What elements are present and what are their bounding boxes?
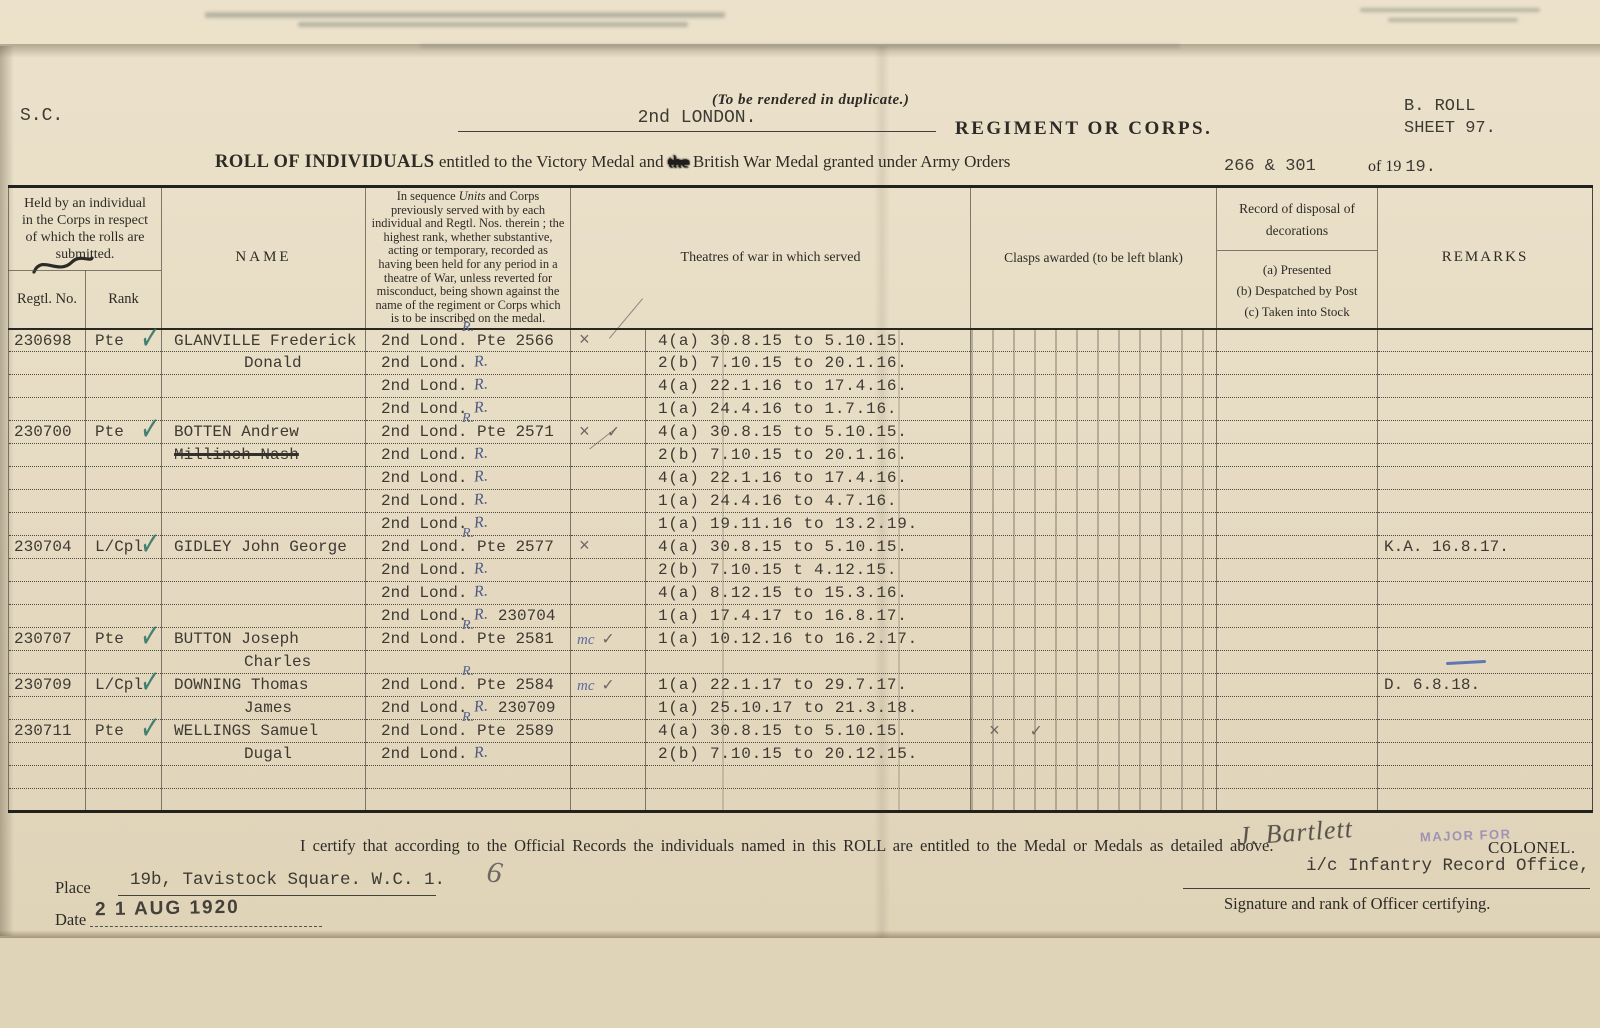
cell-clasps (971, 559, 1217, 582)
cell-regtl-no (9, 697, 86, 720)
cell-remarks (1378, 720, 1593, 743)
roll-row: 230698Pte✓GLANVILLE Frederick2nd Lond. P… (9, 329, 1593, 352)
cell-mark: mc✓ (571, 674, 646, 697)
disposal-title-1: Record of disposal of (1225, 198, 1369, 220)
cell-name: DOWNING Thomas (162, 674, 366, 697)
roll-row: Donald2nd Lond.R.2(b) 7.10.15 to 20.1.16… (9, 352, 1593, 375)
cell-clasps (971, 329, 1217, 352)
cell-theatre: 4(a) 30.8.15 to 5.10.15. (646, 329, 971, 352)
cell-remarks (1378, 743, 1593, 766)
roll-table-body: 230698Pte✓GLANVILLE Frederick2nd Lond. P… (9, 329, 1593, 812)
units-desc-pre: In sequence (397, 189, 459, 203)
cell-regtl-no (9, 467, 86, 490)
cell-theatre: 4(a) 8.12.15 to 15.3.16. (646, 582, 971, 605)
roll-row: 2nd Lond.R. 2307041(a) 17.4.17 to 16.8.1… (9, 605, 1593, 628)
units-value: 2nd Lond. (381, 354, 467, 372)
cell-rank: Pte✓ (86, 628, 162, 651)
disposal-divider (1217, 250, 1377, 251)
certification-statement: I certify that according to the Official… (300, 836, 1273, 856)
rank-value: Pte (95, 722, 124, 740)
pencil-cross: × (571, 331, 600, 351)
cell-disposal (1217, 766, 1378, 789)
regtl-no-value: 230700 (14, 423, 72, 441)
cell-rank: L/Cpl✓ (86, 536, 162, 559)
roll-row: 2nd Lond.R.4(a) 22.1.16 to 17.4.16. (9, 467, 1593, 490)
duplicate-note: (To be rendered in duplicate.) (712, 92, 909, 109)
units-value: 2nd Lond. (381, 469, 467, 487)
cell-name: Charles (162, 651, 366, 674)
cell-disposal (1217, 697, 1378, 720)
army-orders-number: 266 & 301 (1224, 157, 1316, 176)
name-value: DOWNING Thomas (174, 676, 308, 694)
cell-rank (86, 743, 162, 766)
cell-regtl-no (9, 743, 86, 766)
theatre-value: 4(a) 30.8.15 to 5.10.15. (658, 722, 908, 740)
cell-regtl-no: 230711 (9, 720, 86, 743)
cell-units: 2nd Lond.R. (366, 375, 571, 398)
theatre-value: 4(a) 30.8.15 to 5.10.15. (658, 332, 908, 350)
cell-theatre: 1(a) 19.11.16 to 13.2.19. (646, 513, 971, 536)
units-desc-post: and Corps previously served with by each… (372, 189, 565, 325)
cell-regtl-no (9, 582, 86, 605)
cell-regtl-no (9, 444, 86, 467)
units-value: 2nd Lond. (381, 400, 467, 418)
cell-clasps (971, 490, 1217, 513)
cell-units: 2nd Lond.R. (366, 467, 571, 490)
cell-remarks (1378, 421, 1593, 444)
handwritten-r: R. (474, 468, 489, 487)
cell-clasps (971, 674, 1217, 697)
remarks-value: K.A. 16.8.17. (1384, 538, 1509, 556)
units-desc-italic: Units (459, 189, 486, 203)
cell-units: 2nd Lond.R. (366, 444, 571, 467)
signature-caption: Signature and rank of Officer certifying… (1224, 894, 1490, 914)
disposal-title-2: decorations (1225, 220, 1369, 242)
cell-units: 2nd Lond. Pte 2577R. (366, 536, 571, 559)
theatre-value: 1(a) 22.1.17 to 29.7.17. (658, 676, 908, 694)
cell-mark (571, 559, 646, 582)
header-theatres: Theatres of war in which served (571, 187, 971, 329)
cell-theatre: 1(a) 24.4.16 to 1.7.16. (646, 398, 971, 421)
handwritten-r: R. (474, 399, 489, 418)
cell-regtl-no (9, 559, 86, 582)
roll-row: 2nd Lond.R.1(a) 19.11.16 to 13.2.19. (9, 513, 1593, 536)
roll-row: 2nd Lond.R.1(a) 24.4.16 to 4.7.16. (9, 490, 1593, 513)
cell-regtl-no (9, 375, 86, 398)
regiment-or-corps-label: REGIMENT OR CORPS. (955, 118, 1212, 140)
name-value: James (174, 699, 292, 717)
cell-theatre: 2(b) 7.10.15 to 20.1.16. (646, 444, 971, 467)
handwritten-r-above: R. (462, 618, 474, 634)
cell-remarks (1378, 490, 1593, 513)
header-units-description: In sequence Units and Corps previously s… (366, 187, 571, 329)
roll-title-bold: ROLL OF INDIVIDUALS (215, 152, 435, 172)
cell-disposal (1217, 582, 1378, 605)
cell-clasps (971, 421, 1217, 444)
cell-units: 2nd Lond.R. (366, 559, 571, 582)
cell-name: Millinch Nash (162, 444, 366, 467)
sc-label: S.C. (20, 106, 63, 126)
cell-name: Dugal (162, 743, 366, 766)
theatre-value: 4(a) 30.8.15 to 5.10.15. (658, 538, 908, 556)
cell-disposal (1217, 352, 1378, 375)
roll-title-end: British War Medal granted under Army Ord… (689, 152, 1011, 171)
cell-remarks (1378, 605, 1593, 628)
roll-row: Millinch Nash2nd Lond.R.2(b) 7.10.15 to … (9, 444, 1593, 467)
cell-regtl-no: 230709 (9, 674, 86, 697)
cell-remarks (1378, 582, 1593, 605)
units-value: 2nd Lond. (381, 584, 467, 602)
cell-disposal (1217, 490, 1378, 513)
roll-row: 230707Pte✓BUTTON Joseph2nd Lond. Pte 258… (9, 628, 1593, 651)
cell-disposal (1217, 789, 1378, 812)
of-year-typed: 19. (1405, 158, 1436, 177)
cell-regtl-no (9, 490, 86, 513)
cell-units (366, 789, 571, 812)
cell-remarks (1378, 628, 1593, 651)
cell-rank (86, 467, 162, 490)
disposal-item-c: (c) Taken into Stock (1225, 301, 1369, 322)
roll-row: Charles (9, 651, 1593, 674)
cell-name: James (162, 697, 366, 720)
cell-units: 2nd Lond.R. (366, 490, 571, 513)
cell-mark: ×✓ (571, 421, 646, 444)
cell-remarks: K.A. 16.8.17. (1378, 536, 1593, 559)
header-remarks: REMARKS (1378, 187, 1593, 329)
pencil-cross: × (571, 423, 600, 443)
units-value: 2nd Lond. (381, 699, 467, 717)
cell-remarks (1378, 766, 1593, 789)
roll-row: 230704L/Cpl✓GIDLEY John George2nd Lond. … (9, 536, 1593, 559)
handwritten-r: R. (474, 491, 489, 510)
handwritten-r: R. (474, 698, 489, 717)
date-label: Date (55, 910, 86, 930)
cell-disposal (1217, 720, 1378, 743)
cell-mark (571, 743, 646, 766)
cell-remarks (1378, 352, 1593, 375)
place-label: Place (55, 878, 91, 898)
scanned-medal-roll-page: { "colors":{"paper":"#e7dcc4","ink":"#2e… (0, 0, 1600, 1028)
cell-name (162, 766, 366, 789)
cell-rank (86, 490, 162, 513)
cell-units (366, 766, 571, 789)
cell-clasps (971, 582, 1217, 605)
cell-mark (571, 720, 646, 743)
cell-regtl-no (9, 398, 86, 421)
struck-word: the (668, 152, 689, 171)
cell-remarks (1378, 651, 1593, 674)
handwritten-r: R. (474, 445, 489, 464)
cell-rank: L/Cpl✓ (86, 674, 162, 697)
roll-title: ROLL OF INDIVIDUALS entitled to the Vict… (215, 152, 1010, 173)
header-regtl-no: Regtl. No. (9, 271, 86, 329)
cell-theatre: 2(b) 7.10.15 t 4.12.15. (646, 559, 971, 582)
handwritten-r-above: R. (462, 320, 474, 336)
cell-units: 2nd Lond. Pte 2589R. (366, 720, 571, 743)
theatre-value: 2(b) 7.10.15 t 4.12.15. (658, 561, 897, 579)
theatre-value: 2(b) 7.10.15 to 20.1.16. (658, 446, 908, 464)
handwritten-r-above: R. (462, 664, 474, 680)
units-value: 2nd Lond. (381, 607, 467, 625)
header-clasps: Clasps awarded (to be left blank) (971, 187, 1217, 329)
cell-disposal (1217, 536, 1378, 559)
roll-row: 230700Pte✓BOTTEN Andrew2nd Lond. Pte 257… (9, 421, 1593, 444)
name-value: Charles (174, 653, 311, 671)
name-value: BUTTON Joseph (174, 630, 299, 648)
cell-disposal (1217, 329, 1378, 352)
cell-remarks (1378, 444, 1593, 467)
cell-theatre: 1(a) 22.1.17 to 29.7.17. (646, 674, 971, 697)
cell-disposal (1217, 513, 1378, 536)
cell-regtl-no (9, 605, 86, 628)
cell-units: 2nd Lond. Pte 2584R. (366, 674, 571, 697)
cell-rank (86, 766, 162, 789)
cell-mark (571, 467, 646, 490)
cell-mark (571, 789, 646, 812)
cell-clasps (971, 536, 1217, 559)
cell-mark (571, 766, 646, 789)
cell-theatre (646, 789, 971, 812)
roll-row: 230711Pte✓WELLINGS Samuel2nd Lond. Pte 2… (9, 720, 1593, 743)
cell-regtl-no: 230698 (9, 329, 86, 352)
rank-value: L/Cpl (95, 676, 143, 694)
cell-units: 2nd Lond.R. (366, 743, 571, 766)
cell-rank: Pte✓ (86, 329, 162, 352)
regiment-value: 2nd LONDON. (458, 108, 936, 132)
units-value: 2nd Lond. (381, 492, 467, 510)
cell-regtl-no (9, 352, 86, 375)
cell-theatre: 1(a) 17.4.17 to 16.8.17. (646, 605, 971, 628)
of-year-printed: of 19 (1368, 158, 1401, 175)
cell-disposal (1217, 444, 1378, 467)
header-disposal: Record of disposal of decorations (a) Pr… (1217, 187, 1378, 329)
units-number: 230709 (488, 699, 555, 717)
regtl-no-value: 230698 (14, 332, 72, 350)
cell-disposal (1217, 375, 1378, 398)
units-value: 2nd Lond. (381, 377, 467, 395)
cell-units: 2nd Lond. Pte 2571R. (366, 421, 571, 444)
theatre-value: 1(a) 17.4.17 to 16.8.17. (658, 607, 908, 625)
cell-name (162, 375, 366, 398)
cell-mark: × (571, 536, 646, 559)
cell-name: BUTTON Joseph (162, 628, 366, 651)
bleedthrough-smudge (1388, 18, 1518, 22)
pencil-annotation: 6 (484, 855, 504, 891)
pencil-note: mc (571, 678, 595, 694)
roll-title-mid: entitled to the Victory Medal and (435, 152, 668, 171)
cell-clasps (971, 651, 1217, 674)
theatre-value: 1(a) 24.4.16 to 1.7.16. (658, 400, 897, 418)
disposal-item-b: (b) Despatched by Post (1225, 280, 1369, 301)
units-value: 2nd Lond. (381, 561, 467, 579)
roll-row (9, 766, 1593, 789)
handwritten-r-above: R. (462, 411, 474, 427)
roll-row: 2nd Lond.R.2(b) 7.10.15 t 4.12.15. (9, 559, 1593, 582)
units-value: 2nd Lond. (381, 446, 467, 464)
cell-mark (571, 582, 646, 605)
cell-name: GIDLEY John George (162, 536, 366, 559)
cell-rank (86, 352, 162, 375)
name-value: GLANVILLE Frederick (174, 332, 356, 350)
cell-rank (86, 375, 162, 398)
cell-theatre: 1(a) 25.10.17 to 21.3.18. (646, 697, 971, 720)
theatre-value: 4(a) 22.1.16 to 17.4.16. (658, 377, 908, 395)
signature-line (1183, 888, 1590, 889)
cell-remarks (1378, 697, 1593, 720)
cell-regtl-no: 230704 (9, 536, 86, 559)
cell-name: WELLINGS Samuel (162, 720, 366, 743)
handwritten-r: R. (474, 606, 489, 625)
pencil-check: ✓ (600, 423, 629, 443)
cell-mark (571, 513, 646, 536)
cell-disposal (1217, 421, 1378, 444)
cell-theatre: 2(b) 7.10.15 to 20.1.16. (646, 352, 971, 375)
cell-theatre: 4(a) 30.8.15 to 5.10.15. (646, 536, 971, 559)
cell-rank (86, 789, 162, 812)
cell-remarks (1378, 789, 1593, 812)
cell-rank: Pte✓ (86, 421, 162, 444)
theatre-value: 2(b) 7.10.15 to 20.1.16. (658, 354, 908, 372)
page-fold-shadow (0, 44, 1600, 58)
cell-disposal (1217, 398, 1378, 421)
previous-page-edge (0, 0, 1600, 46)
regtl-no-value: 230711 (14, 722, 72, 740)
cell-name (162, 398, 366, 421)
roll-row: 2nd Lond.R.4(a) 22.1.16 to 17.4.16. (9, 375, 1593, 398)
infantry-record-office-line: i/c Infantry Record Office, (1306, 856, 1590, 876)
cell-disposal (1217, 605, 1378, 628)
name-value: GIDLEY John George (174, 538, 347, 556)
cell-theatre: 4(a) 30.8.15 to 5.10.15. (646, 720, 971, 743)
cell-remarks (1378, 559, 1593, 582)
rank-value: Pte (95, 423, 124, 441)
cell-units: 2nd Lond. Pte 2566R. (366, 329, 571, 352)
cell-theatre (646, 766, 971, 789)
handwritten-r: R. (474, 353, 489, 372)
cell-mark: mc✓ (571, 628, 646, 651)
bleedthrough-smudge (1360, 8, 1540, 12)
cell-mark (571, 375, 646, 398)
roll-row: Dugal2nd Lond.R.2(b) 7.10.15 to 20.12.15… (9, 743, 1593, 766)
cell-regtl-no (9, 651, 86, 674)
cell-disposal (1217, 674, 1378, 697)
rank-value: L/Cpl (95, 538, 143, 556)
roll-row: 2nd Lond.R.4(a) 8.12.15 to 15.3.16. (9, 582, 1593, 605)
roll-sheet-ref: B. ROLL SHEET 97. (1404, 96, 1496, 140)
cell-clasps (971, 513, 1217, 536)
cell-theatre: 4(a) 22.1.16 to 17.4.16. (646, 375, 971, 398)
name-value: Donald (174, 354, 302, 372)
cell-name: BOTTEN Andrew (162, 421, 366, 444)
name-value: BOTTEN Andrew (174, 423, 299, 441)
place-value: 19b, Tavistock Square. W.C. 1. (130, 870, 445, 890)
cell-remarks (1378, 398, 1593, 421)
cell-remarks (1378, 467, 1593, 490)
cell-clasps (971, 444, 1217, 467)
cell-mark (571, 352, 646, 375)
roll-row: James2nd Lond.R. 2307091(a) 25.10.17 to … (9, 697, 1593, 720)
place-underline (118, 895, 436, 896)
cell-disposal (1217, 559, 1378, 582)
cell-units: 2nd Lond. Pte 2581R. (366, 628, 571, 651)
regtl-no-value: 230707 (14, 630, 72, 648)
theatre-value: 4(a) 8.12.15 to 15.3.16. (658, 584, 908, 602)
theatre-value: 4(a) 22.1.16 to 17.4.16. (658, 469, 908, 487)
cell-name (162, 513, 366, 536)
handwritten-r-above: R. (462, 710, 474, 726)
roll-row: 2nd Lond.R.1(a) 24.4.16 to 1.7.16. (9, 398, 1593, 421)
disposal-item-a: (a) Presented (1225, 259, 1369, 280)
cell-rank (86, 559, 162, 582)
name-value: Dugal (174, 745, 292, 763)
page-stack-edge (0, 936, 1600, 1028)
handwritten-r: R. (474, 376, 489, 395)
cell-mark (571, 490, 646, 513)
cell-mark (571, 605, 646, 628)
cell-regtl-no (9, 789, 86, 812)
roll-row: 230709L/Cpl✓DOWNING Thomas2nd Lond. Pte … (9, 674, 1593, 697)
cell-mark (571, 444, 646, 467)
cell-disposal (1217, 743, 1378, 766)
cell-clasps (971, 743, 1217, 766)
cell-disposal (1217, 467, 1378, 490)
rank-value: Pte (95, 332, 124, 350)
cell-name (162, 789, 366, 812)
theatre-value: 1(a) 24.4.16 to 4.7.16. (658, 492, 897, 510)
cell-clasps (971, 789, 1217, 812)
cell-rank (86, 582, 162, 605)
handwritten-r-above: R. (462, 526, 474, 542)
regtl-no-value: 230709 (14, 676, 72, 694)
cell-mark (571, 697, 646, 720)
theatre-value: 1(a) 10.12.16 to 16.2.17. (658, 630, 918, 648)
cell-name: Donald (162, 352, 366, 375)
regtl-no-value: 230704 (14, 538, 72, 556)
cell-name (162, 582, 366, 605)
cell-remarks (1378, 513, 1593, 536)
roll-row (9, 789, 1593, 812)
pencil-check: ✓ (595, 630, 624, 650)
colonel-label: COLONEL. (1488, 838, 1576, 858)
cell-clasps (971, 766, 1217, 789)
cell-clasps (971, 697, 1217, 720)
bleedthrough-smudge (298, 22, 688, 27)
cell-clasps: × ✓ (971, 720, 1217, 743)
date-stamp: 2 1 AUG 1920 (95, 897, 240, 922)
cell-regtl-no (9, 513, 86, 536)
order-year: of 19 19. (1368, 158, 1436, 177)
cell-regtl-no: 230707 (9, 628, 86, 651)
cell-disposal (1217, 628, 1378, 651)
cell-theatre: 4(a) 30.8.15 to 5.10.15. (646, 421, 971, 444)
remarks-value: D. 6.8.18. (1384, 676, 1480, 694)
cell-mark (571, 651, 646, 674)
pencil-clasp-mark: × ✓ (981, 722, 1051, 742)
cell-name: GLANVILLE Frederick (162, 329, 366, 352)
cell-clasps (971, 628, 1217, 651)
cell-theatre: 1(a) 10.12.16 to 16.2.17. (646, 628, 971, 651)
cell-clasps (971, 605, 1217, 628)
cell-theatre (646, 651, 971, 674)
cell-regtl-no (9, 766, 86, 789)
header-held-by: Held by an individual in the Corps in re… (9, 187, 162, 271)
cell-remarks (1378, 375, 1593, 398)
medal-roll-table: Held by an individual in the Corps in re… (8, 185, 1593, 813)
cell-mark (571, 398, 646, 421)
cell-mark: × (571, 329, 646, 352)
cell-regtl-no: 230700 (9, 421, 86, 444)
cell-name (162, 559, 366, 582)
